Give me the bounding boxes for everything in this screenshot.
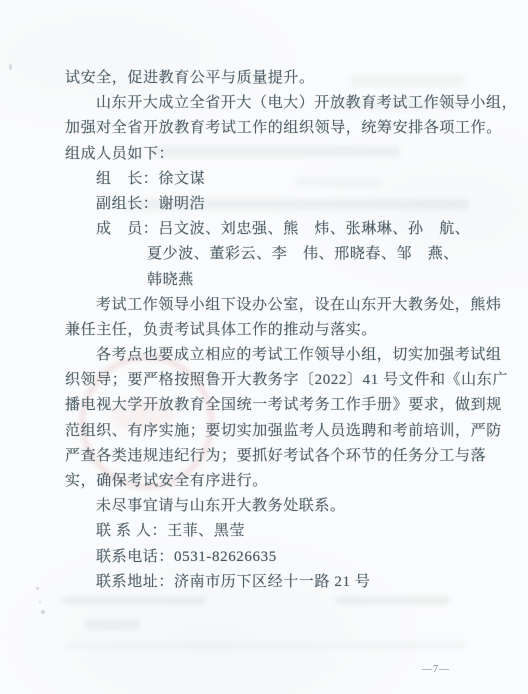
doc-line: 加强对全省开放教育考试工作的组织领导，统筹安排各项工作。 — [65, 116, 495, 141]
doc-line: 考试工作领导小组下设办公室，设在山东开大教务处，熊炜 — [65, 293, 495, 318]
doc-line: 兼任主任，负责考试具体工作的推动与落实。 — [65, 318, 495, 343]
bleed-smudge — [85, 619, 140, 630]
group-leader-line: 组 长：徐文谋 — [65, 167, 495, 192]
doc-line-intro: 试安全，促进教育公平与质量提升。 — [65, 66, 495, 91]
bleed-smudge — [335, 596, 450, 605]
bleed-smudge — [62, 596, 207, 605]
scan-speck — [9, 64, 12, 70]
scan-speck — [39, 601, 41, 603]
deputy-leader-line: 副组长：谢明浩 — [65, 192, 495, 217]
doc-line: 实，确保考试安全有序进行。 — [65, 469, 495, 494]
doc-line: 播电视大学开放教育全国统一考试考务工作手册》要求，做到规 — [65, 393, 495, 418]
members-line: 成 员：吕文波、刘忠强、熊 炜、张琳琳、孙 航、 — [65, 217, 495, 242]
members-line: 韩晓燕 — [65, 268, 495, 293]
contact-address-line: 联系地址：济南市历下区经十一路 21 号 — [65, 570, 495, 595]
doc-line: 山东开大成立全省开大（电大）开放教育考试工作领导小组， — [65, 91, 495, 116]
doc-line: 织领导；要严格按照鲁开大教务字〔2022〕41 号文件和《山东广 — [65, 368, 495, 393]
bleed-smudge — [65, 641, 465, 650]
members-line: 夏少波、董彩云、李 伟、邢晓春、邹 燕、 — [65, 242, 495, 267]
contact-phone-line: 联系电话：0531-82626635 — [65, 545, 495, 570]
contact-person-line: 联 系 人：王菲、黑莹 — [65, 519, 495, 544]
scan-speck — [36, 587, 39, 590]
scanned-document-page: 试安全，促进教育公平与质量提升。 山东开大成立全省开大（电大）开放教育考试工作领… — [0, 0, 528, 694]
doc-line: 范组织、有序实施；要切实加强监考人员选聘和考前培训，严防 — [65, 419, 495, 444]
document-body: 试安全，促进教育公平与质量提升。 山东开大成立全省开大（电大）开放教育考试工作领… — [65, 66, 495, 595]
page-number: —7— — [422, 664, 450, 675]
doc-line: 严查各类违规违纪行为；要抓好考试各个环节的任务分工与落 — [65, 444, 495, 469]
scan-speck — [41, 610, 45, 614]
closing-line: 未尽事宜请与山东开大教务处联系。 — [65, 494, 495, 519]
doc-line: 各考点也要成立相应的考试工作领导小组，切实加强考试组 — [65, 343, 495, 368]
doc-line: 组成人员如下： — [65, 142, 495, 167]
